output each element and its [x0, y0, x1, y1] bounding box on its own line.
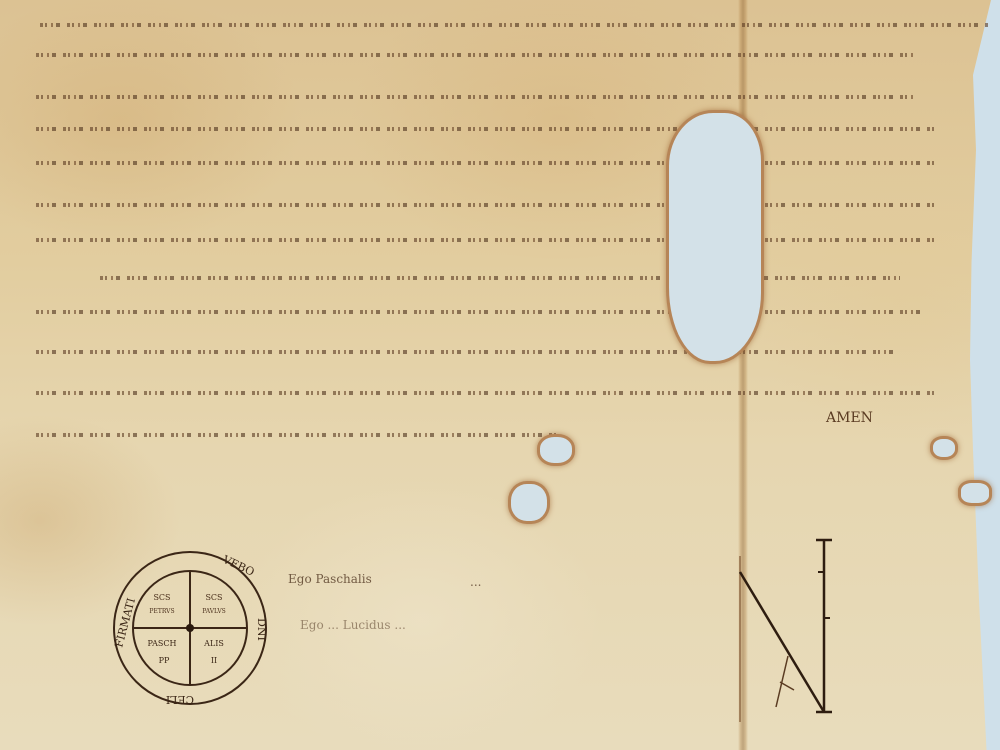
text-line-11	[36, 382, 936, 400]
text-line-3	[36, 86, 916, 104]
svg-text:ALIS: ALIS	[203, 639, 224, 648]
subscription-line-1b: ...	[470, 575, 481, 589]
svg-text:SCS: SCS	[153, 593, 170, 602]
parchment-hole-large	[666, 110, 764, 364]
text-line-4	[36, 118, 936, 136]
closing-amen: AMEN	[826, 410, 873, 426]
subscription-line-2: Ego ... Lucidus ...	[300, 618, 406, 632]
text-line-2	[36, 44, 916, 62]
text-line-6	[36, 194, 936, 212]
text-line-9	[36, 301, 926, 319]
svg-text:PP: PP	[159, 656, 170, 665]
parchment-hole	[930, 436, 958, 460]
svg-text:PAVLVS: PAVLVS	[202, 608, 226, 615]
text-line-7	[36, 229, 936, 247]
parchment-hole	[537, 434, 575, 466]
svg-text:CELI: CELI	[166, 693, 194, 706]
text-line-8	[100, 267, 900, 285]
svg-text:DNI: DNI	[255, 618, 268, 641]
parchment-hole	[958, 480, 992, 506]
rota-seal-icon: SCS SCS PETRVS PAVLVS PASCH ALIS PP II V…	[112, 548, 272, 708]
svg-text:SCS: SCS	[205, 593, 222, 602]
subscription-line-1: Ego Paschalis	[288, 572, 372, 586]
text-line-10	[36, 341, 896, 359]
parchment-hole	[508, 481, 550, 524]
text-line-1	[40, 14, 990, 32]
svg-text:PASCH: PASCH	[147, 639, 176, 648]
svg-text:VEBO: VEBO	[220, 553, 257, 579]
svg-text:PETRVS: PETRVS	[149, 608, 174, 615]
bene-valete-monogram-icon	[728, 532, 848, 732]
svg-text:II: II	[211, 656, 217, 665]
text-line-5	[36, 152, 936, 170]
text-line-12	[36, 424, 556, 442]
